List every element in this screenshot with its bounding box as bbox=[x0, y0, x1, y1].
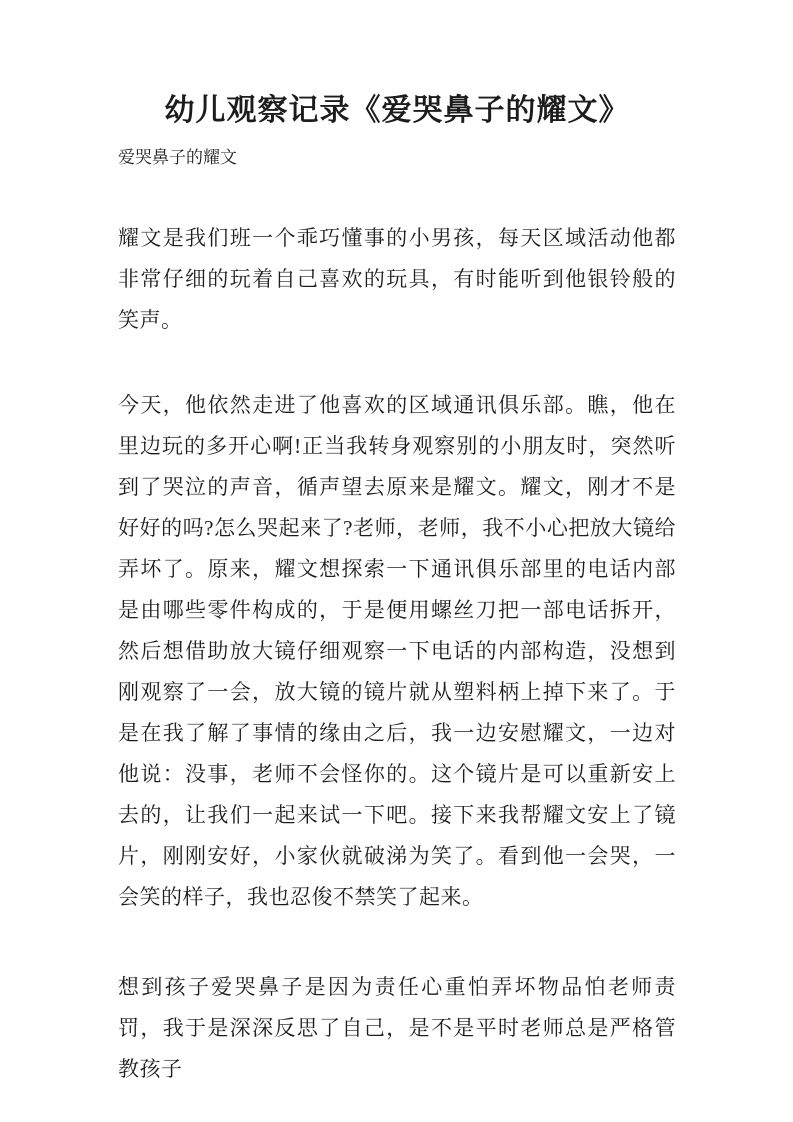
document-title: 幼儿观察记录《爱哭鼻子的耀文》 bbox=[118, 92, 676, 130]
paragraph-intro: 耀文是我们班一个乖巧懂事的小男孩，每天区域活动他都非常仔细的玩着自己喜欢的玩具，… bbox=[118, 218, 676, 341]
document-subtitle: 爱哭鼻子的耀文 bbox=[118, 147, 676, 169]
document-page: 幼儿观察记录《爱哭鼻子的耀文》 爱哭鼻子的耀文 耀文是我们班一个乖巧懂事的小男孩… bbox=[0, 0, 793, 1122]
paragraph-reflection: 想到孩子爱哭鼻子是因为责任心重怕弄坏物品怕老师责罚，我于是深深反思了自己，是不是… bbox=[118, 967, 676, 1090]
paragraph-observation: 今天，他依然走进了他喜欢的区域通讯俱乐部。瞧，他在里边玩的多开心啊!正当我转身观… bbox=[118, 385, 676, 918]
